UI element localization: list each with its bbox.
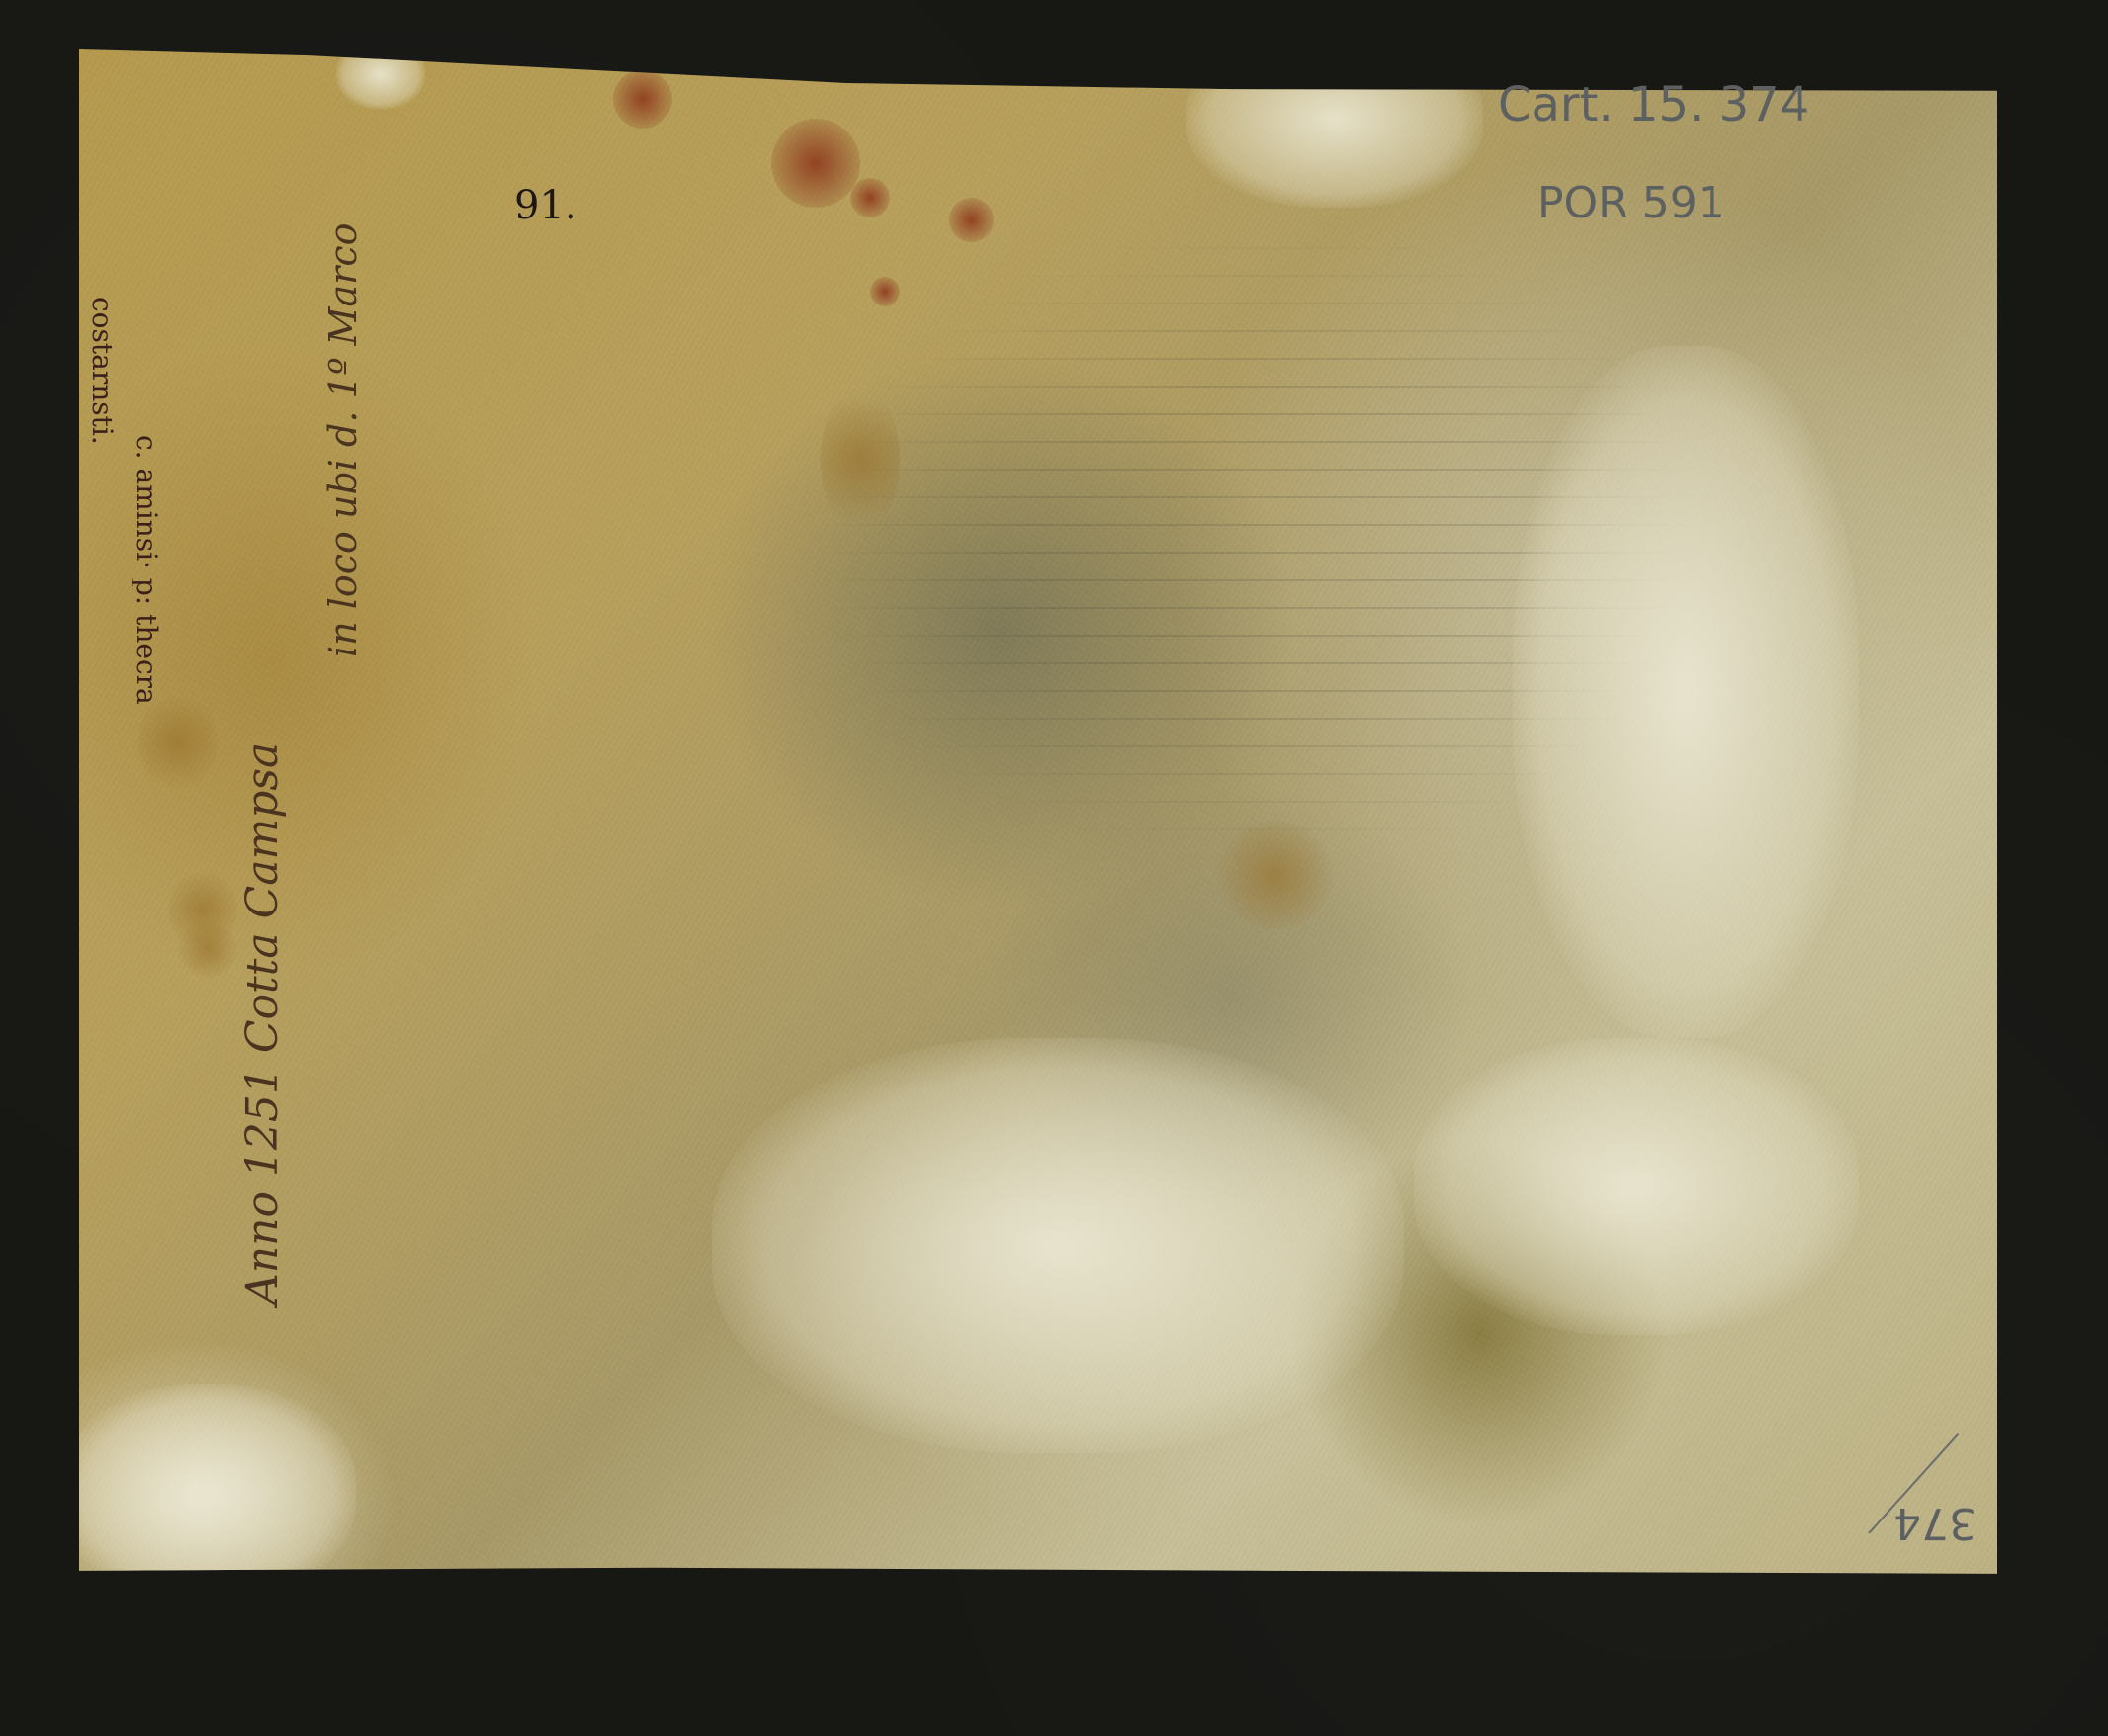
folio-number: 91. — [514, 183, 577, 228]
marginal-note-costarnsti: costarnsti. — [86, 297, 119, 445]
shelfmark-line-2: POR 591 — [1537, 178, 1725, 228]
parchment-sheet — [79, 49, 1997, 1577]
brown-stain — [178, 919, 237, 979]
marginal-note-in-loco: in loco ubi d. 1º Marco — [321, 222, 365, 657]
red-stain — [870, 277, 900, 306]
red-stain — [850, 178, 890, 217]
worn-area — [712, 1038, 1404, 1453]
corner-number: 374 — [1893, 1498, 1976, 1548]
red-stain — [613, 69, 672, 129]
brown-stain — [821, 386, 900, 534]
shelfmark-line-1: Cart. 15. 374 — [1498, 77, 1809, 132]
brown-stain — [1216, 821, 1335, 929]
red-stain — [949, 198, 994, 242]
red-stain — [771, 119, 860, 208]
brown-stain — [138, 692, 218, 791]
worn-area — [1513, 346, 1859, 1038]
worn-area — [1414, 1038, 1859, 1335]
marginal-note-aminsi: c. aminsi· p: thecra — [131, 435, 163, 705]
worn-area — [59, 1384, 356, 1602]
marginal-note-anno: Anno 1251 Cotta Campsa — [237, 742, 288, 1305]
